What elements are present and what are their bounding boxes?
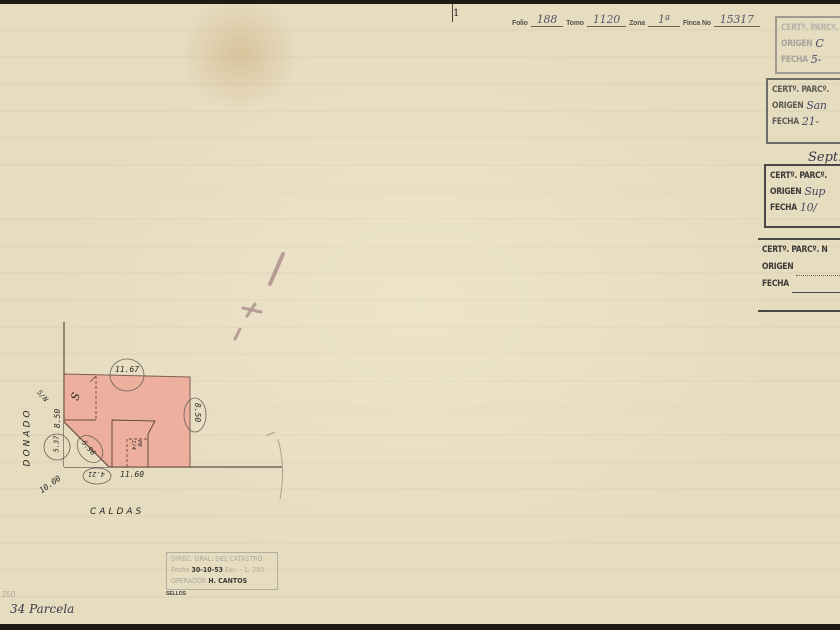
stamp-fecha-label: FECHA [772,114,799,130]
dim-top: 11.67 [115,365,139,374]
cadastral-sheet: 1 Folio 188 Tomo 1120 Zona 1ª Finca No 1… [0,4,840,624]
stamp-fecha-row: FECHA [762,276,840,293]
catastro-fecha-row: Fecha 30-10-53 Esc. - 1: 250 [171,565,273,576]
page-mark: 1 [453,8,459,19]
certificate-stamp-2: CERTº. PARCº. ORIGENSan FECHA21- [766,78,840,144]
catastro-operador-value: H. CANTOS [208,577,247,585]
catastro-title: DIREC. GRAL. DEL CATASTRO [171,554,273,565]
stamp-origen-label: ORIGEN [762,259,793,276]
dim-bottom-left: 4.21 [88,470,105,478]
certificate-stamp-1: CERTº. PARCº. ORIGENC FECHA5- [775,16,840,74]
dim-right: 8.50 [193,403,202,422]
tomo-value: 1120 [587,14,626,27]
stamp-fecha-row: FECHA5- [781,52,840,68]
zona-label: Zona [629,20,645,27]
certificate-stamp-3: CERTº. PARCº. ORIGENSup FECHA10/ [764,164,840,228]
stamp-origen-label: ORIGEN [781,36,812,52]
sellos-label: SELLOS [166,591,186,597]
stamp-origen-row: ORIGENSup [770,184,840,200]
catastro-operador-row: OPERADOR H. CANTOS [171,576,273,587]
stamp-origen-row: ORIGENC [781,36,840,52]
dim-bottom: 11.60 [120,470,144,479]
tomo-label: Tomo [566,20,584,27]
catastro-stamp: DIREC. GRAL. DEL CATASTRO Fecha 30-10-53… [166,552,278,590]
stamp-fecha-label: FECHA [770,200,797,216]
stamp-cert-label: CERTº. PARCº. N [762,242,827,259]
certificate-stamp-4: CERTº. PARCº. N ORIGEN FECHA [758,238,840,312]
scale-mark: 250 [2,590,15,599]
stamp-origen-value: San [806,98,826,114]
stamp-fecha-value: 10/ [800,200,817,216]
dim-left-circled: 5.37 [52,436,60,453]
stamp-fecha-row: FECHA21- [772,114,840,130]
zona-value: 1ª [648,14,680,27]
catastro-scale: Esc. - 1: 250 [225,566,264,574]
stamp-fecha-value: 21- [802,114,819,130]
street-caldas: CALDAS [90,507,144,517]
stamp-fecha-value: 5- [811,52,821,68]
stamp-cert-label: CERTº. PARCº. [772,82,829,98]
stamp-cert-row: CERTº. PARCº. [772,82,840,98]
folio-value: 188 [531,14,563,27]
finca-label: Finca No [683,20,711,27]
stamp-origen-row: ORIGEN [762,259,840,276]
stamp-cert-row: CERTº. PARCº. [781,20,840,36]
parcel-note: 34 Parcela [10,602,74,616]
stamp-fecha-row: FECHA10/ [770,200,840,216]
registry-header: Folio 188 Tomo 1120 Zona 1ª Finca No 153… [512,14,760,27]
stamp-cert-label: CERTº. PARCº. [781,20,838,36]
stamp-origen-row: ORIGENSan [772,98,840,114]
lot-plan-drawing [0,304,310,504]
stamp-cert-label: CERTº. PARCº. [770,168,827,184]
street-donado: DONADO [22,408,32,467]
catastro-fecha-label: Fecha [171,566,189,574]
folio-label: Folio [512,20,528,27]
stamp-origen-value: Sup [804,184,825,200]
stamp-fecha-label: FECHA [781,52,808,68]
stamp-cert-row: CERTº. PARCº. [770,168,840,184]
stamp-annotation: Sept. [808,150,840,165]
dim-left: 8.50 [53,409,62,428]
finca-value: 15317 [714,14,760,27]
stamp-origen-label: ORIGEN [770,184,801,200]
catastro-operador-label: OPERADOR [171,577,206,585]
stamp-origen-label: ORIGEN [772,98,803,114]
stamp-fecha-label: FECHA [762,276,789,293]
inner-label: PB 1/4 [130,440,142,452]
stamp-origen-value: C [815,36,823,52]
stamp-cert-row: CERTº. PARCº. N [762,242,840,259]
catastro-fecha-value: 30-10-53 [191,566,223,574]
